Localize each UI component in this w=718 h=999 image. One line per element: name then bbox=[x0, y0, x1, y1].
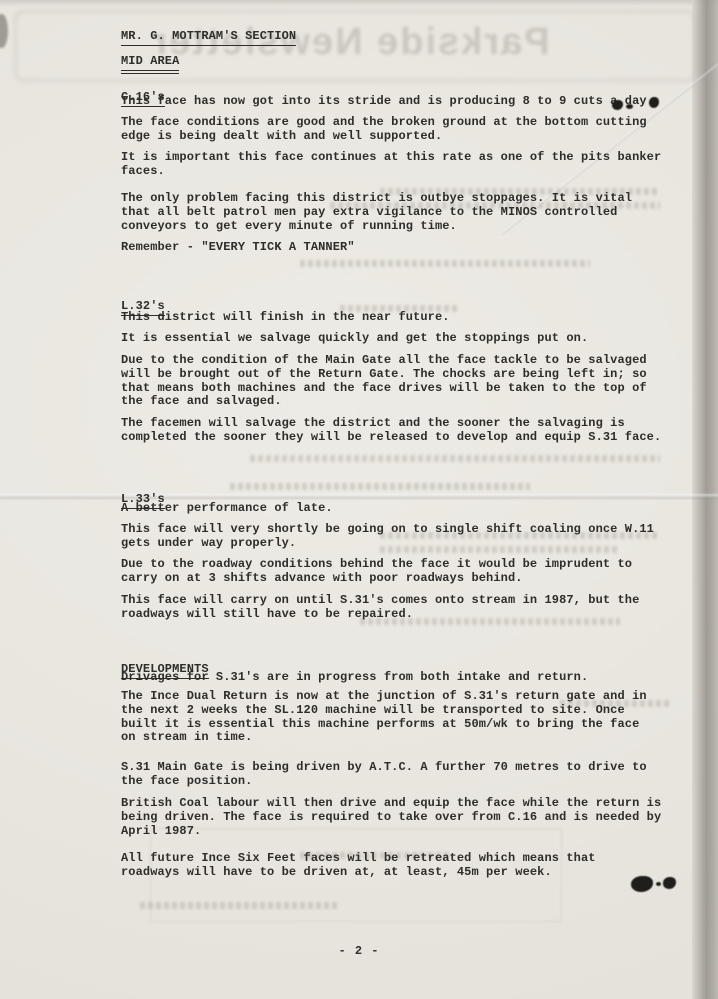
paragraph: The Ince Dual Return is now at the junct… bbox=[121, 690, 687, 745]
paragraph: A better performance of late. bbox=[121, 502, 687, 516]
bleedthrough-text-line bbox=[140, 902, 340, 909]
paragraph: S.31 Main Gate is being driven by A.T.C.… bbox=[121, 761, 687, 789]
edge-mark bbox=[0, 14, 8, 48]
bleedthrough-text-line bbox=[300, 260, 590, 267]
bleedthrough-text-line bbox=[250, 455, 660, 462]
paragraph: It is important this face continues at t… bbox=[121, 151, 687, 179]
page-number: - 2 - bbox=[0, 944, 718, 958]
ink-smudge bbox=[631, 876, 653, 892]
paragraph: Due to the roadway conditions behind the… bbox=[121, 558, 687, 586]
paragraph: Drivages for S.31's are in progress from… bbox=[121, 671, 687, 685]
paragraph: This face will carry on until S.31's com… bbox=[121, 594, 687, 622]
scan-top-shadow bbox=[0, 0, 718, 7]
paragraph: This district will finish in the near fu… bbox=[121, 311, 687, 325]
scanned-document-page: Parkside Newsletter MR. G. MOTTRAM'S SEC… bbox=[0, 0, 718, 999]
paragraph: The only problem facing this district is… bbox=[121, 192, 687, 233]
paragraph-slogan: Remember - "EVERY TICK A TANNER" bbox=[121, 241, 687, 255]
paragraph: Due to the condition of the Main Gate al… bbox=[121, 354, 687, 409]
paragraph: This face has now got into its stride an… bbox=[121, 95, 687, 109]
paragraph: It is essential we salvage quickly and g… bbox=[121, 332, 687, 346]
paragraph: This face will very shortly be going on … bbox=[121, 523, 687, 551]
paragraph: British Coal labour will then drive and … bbox=[121, 797, 687, 838]
ink-smudge bbox=[656, 882, 661, 886]
document-subtitle: MID AREA bbox=[121, 41, 687, 71]
ink-smudge bbox=[626, 104, 633, 109]
paragraph: The facemen will salvage the district an… bbox=[121, 417, 687, 445]
ink-smudge bbox=[663, 877, 676, 889]
paragraph: All future Ince Six Feet faces will be r… bbox=[121, 852, 687, 880]
paragraph: The face conditions are good and the bro… bbox=[121, 116, 687, 144]
